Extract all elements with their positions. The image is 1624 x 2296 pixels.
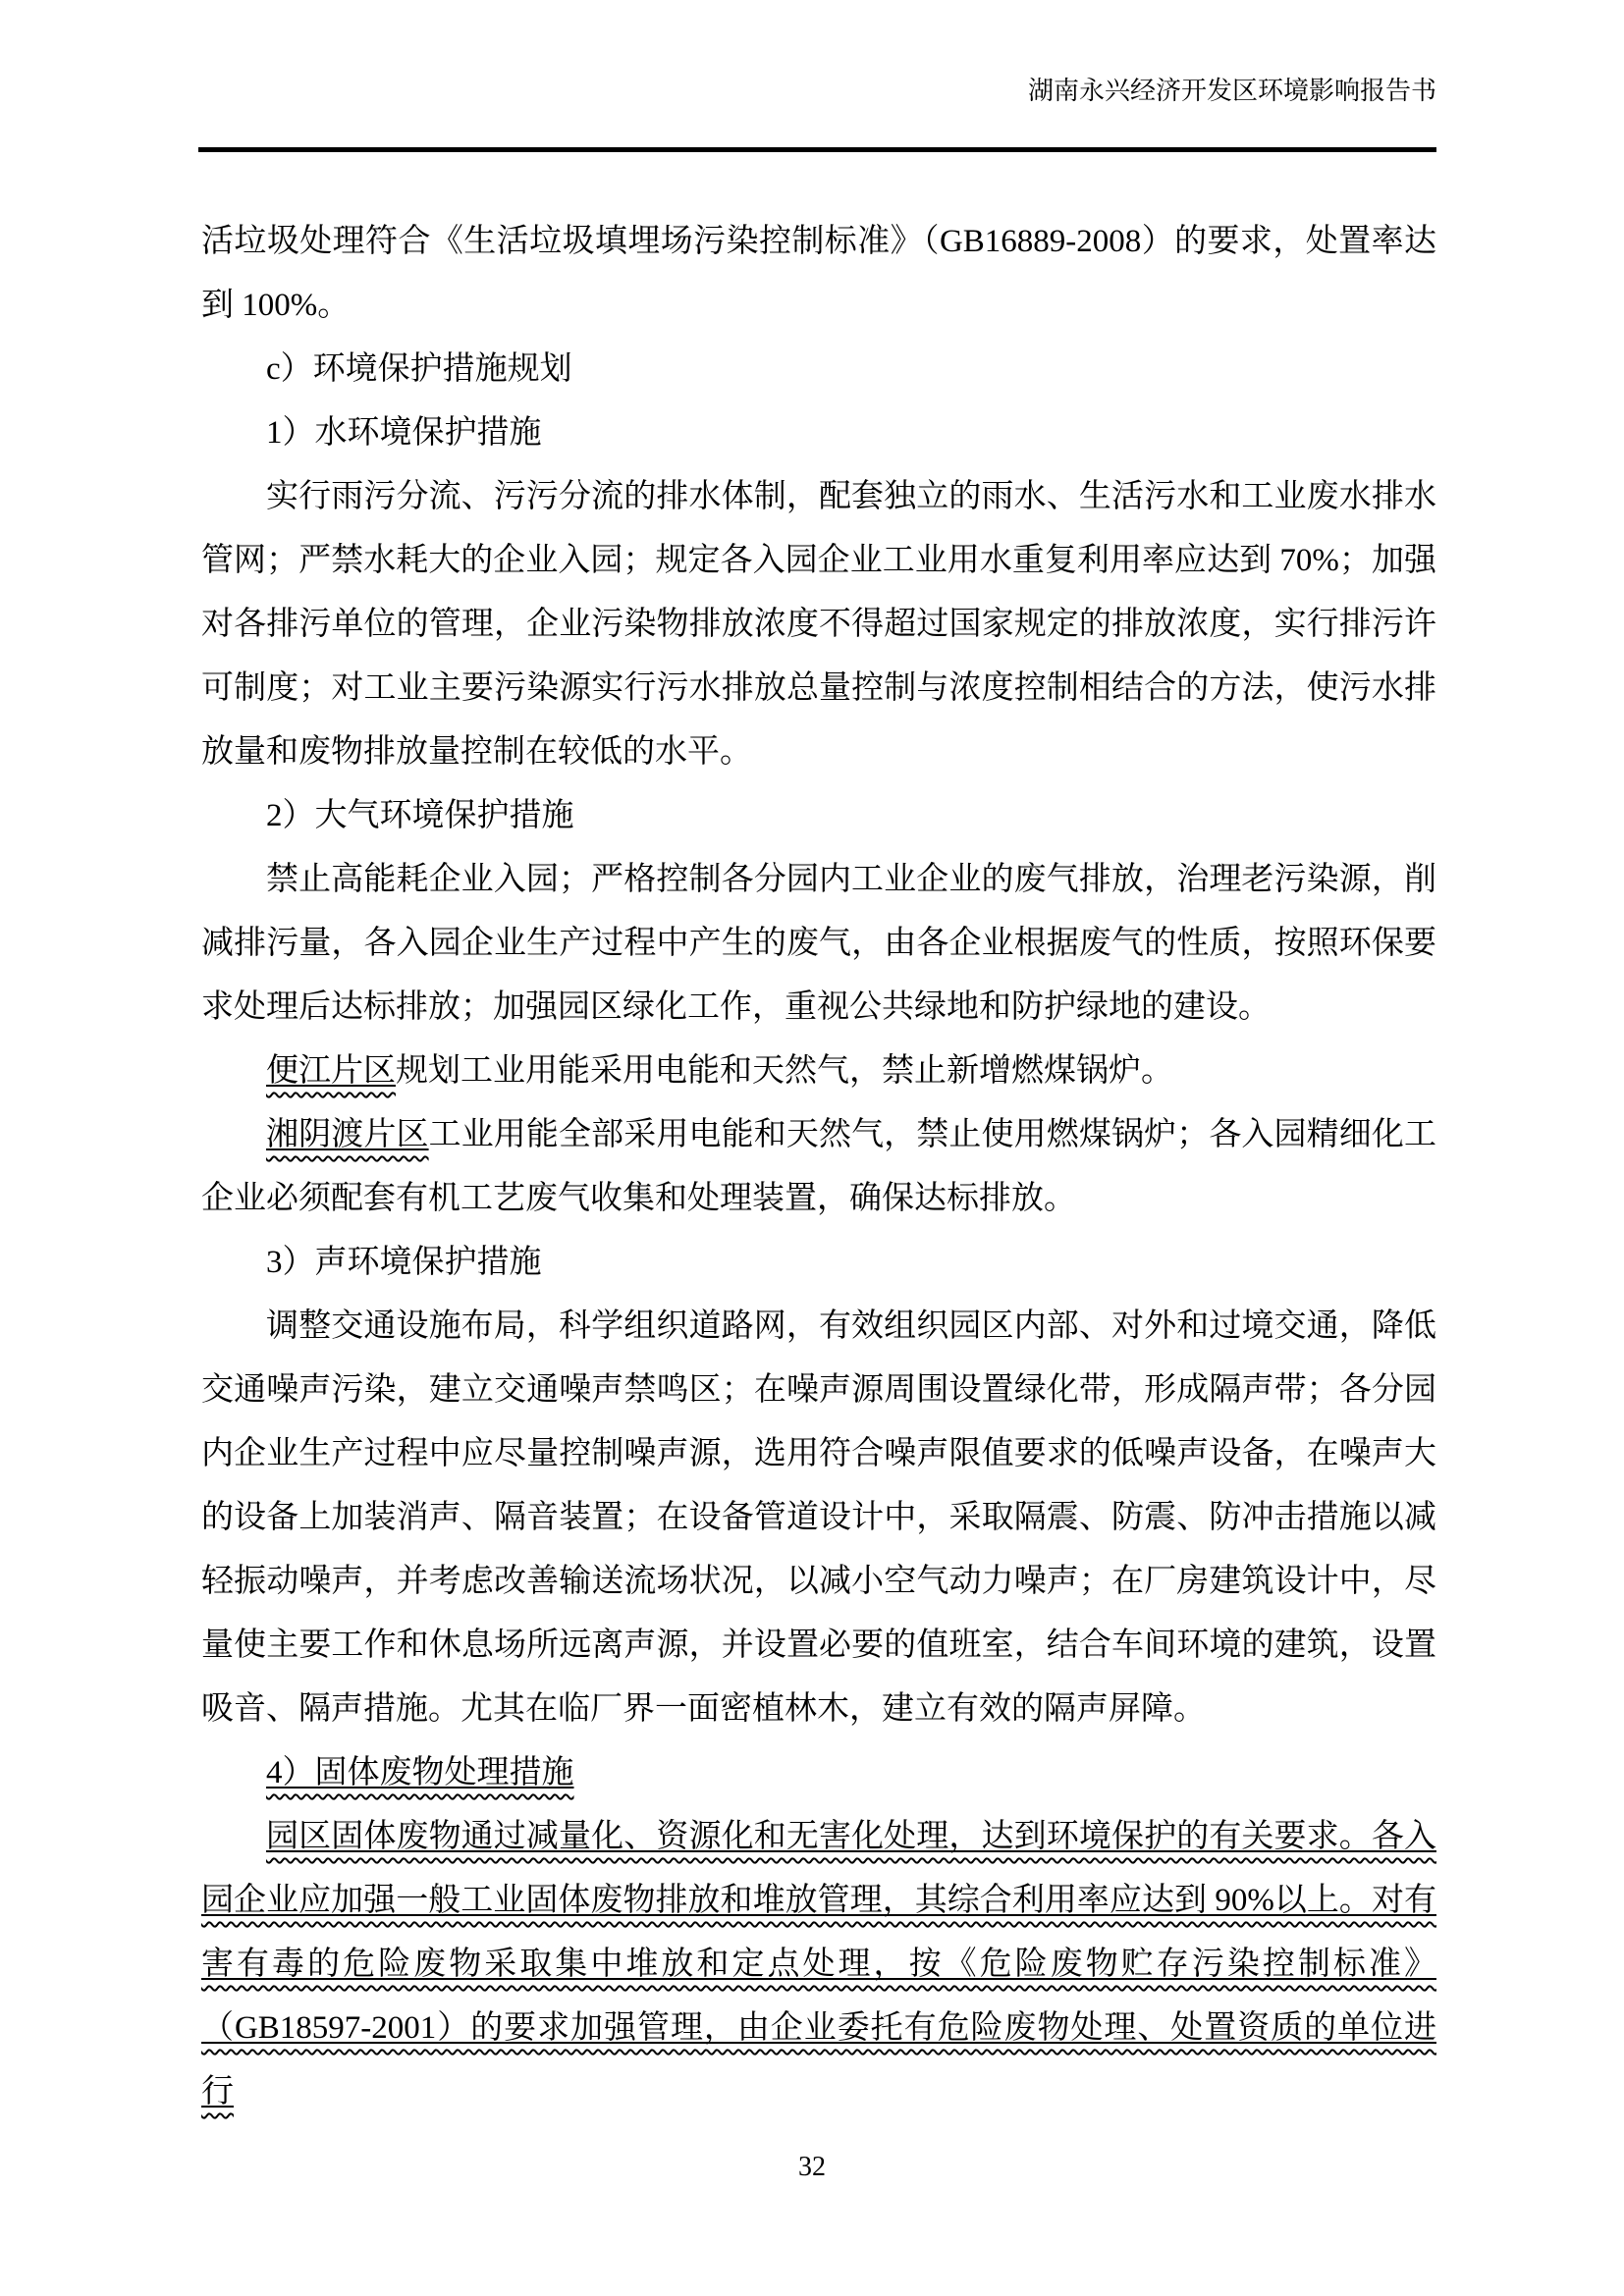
heading-3-noise-env-measures: 3）声环境保护措施 bbox=[201, 1231, 1436, 1295]
page-header-title: 湖南永兴经济开发区环境影响报告书 bbox=[201, 75, 1436, 108]
paragraph-bianjiang-district: 便江片区规划工业用能采用电能和天然气，禁止新增燃煤锅炉。 bbox=[201, 1040, 1436, 1103]
revision-underline: 便江片区 bbox=[266, 1053, 396, 1089]
underlined-term: 湘阴渡片区 bbox=[266, 1117, 429, 1152]
header-divider-rule bbox=[198, 147, 1436, 152]
heading-4-solid-waste-measures: 4）固体废物处理措施 bbox=[201, 1741, 1436, 1805]
paragraph-solid-waste-measures: 园区固体废物通过减量化、资源化和无害化处理，达到环境保护的有关要求。各入园企业应… bbox=[201, 1805, 1436, 2124]
underlined-heading: 4）固体废物处理措施 bbox=[266, 1755, 574, 1790]
revision-underline: 湘阴渡片区 bbox=[266, 1117, 429, 1152]
revision-underline: 园区固体废物通过减量化、资源化和无害化处理，达到环境保护的有关要求。各入园企业应… bbox=[201, 1819, 1436, 2109]
document-page: 湖南永兴经济开发区环境影响报告书 活垃圾处理符合《生活垃圾填埋场污染控制标准》（… bbox=[0, 0, 1624, 2296]
paragraph-text: 规划工业用能采用电能和天然气，禁止新增燃煤锅炉。 bbox=[396, 1053, 1173, 1089]
paragraph-air-measures: 禁止高能耗企业入园；严格控制各分园内工业企业的废气排放，治理老污染源，削减排污量… bbox=[201, 848, 1436, 1040]
document-body: 活垃圾处理符合《生活垃圾填埋场污染控制标准》（GB16889-2008）的要求，… bbox=[201, 210, 1436, 2124]
revision-underline: 4）固体废物处理措施 bbox=[266, 1755, 574, 1790]
underlined-paragraph-text: 园区固体废物通过减量化、资源化和无害化处理，达到环境保护的有关要求。各入园企业应… bbox=[201, 1819, 1436, 2109]
page-number: 32 bbox=[0, 2150, 1624, 2185]
paragraph-noise-measures: 调整交通设施布局，科学组织道路网，有效组织园区内部、对外和过境交通，降低交通噪声… bbox=[201, 1295, 1436, 1741]
paragraph-xiangyindu-district: 湘阴渡片区工业用能全部采用电能和天然气，禁止使用燃煤锅炉；各入园精细化工企业必须… bbox=[201, 1103, 1436, 1231]
paragraph-water-measures: 实行雨污分流、污污分流的排水体制，配套独立的雨水、生活污水和工业废水排水管网；严… bbox=[201, 465, 1436, 784]
underlined-term: 便江片区 bbox=[266, 1053, 396, 1089]
heading-2-air-env-measures: 2）大气环境保护措施 bbox=[201, 784, 1436, 848]
paragraph-waste-standard: 活垃圾处理符合《生活垃圾填埋场污染控制标准》（GB16889-2008）的要求，… bbox=[201, 210, 1436, 338]
heading-c-env-protection-plan: c）环境保护措施规划 bbox=[201, 338, 1436, 401]
heading-1-water-env-measures: 1）水环境保护措施 bbox=[201, 401, 1436, 465]
